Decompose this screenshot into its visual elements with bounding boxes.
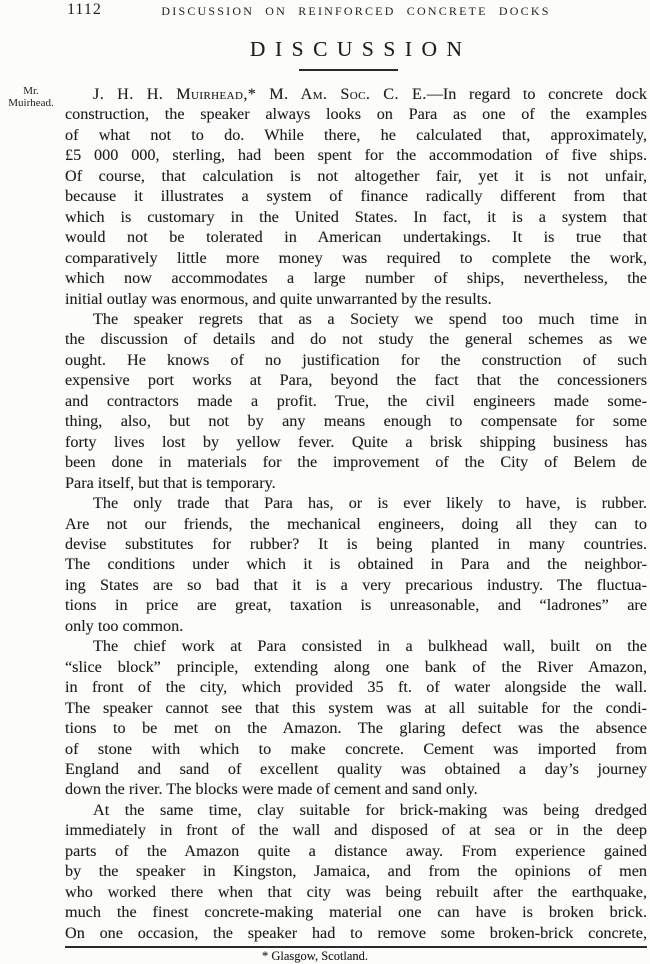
text-line: because it illustrates a system of finan… — [65, 186, 647, 206]
text-line: only too common. — [65, 616, 647, 636]
title-rule — [299, 69, 398, 71]
text-line: down the river. The blocks were made of … — [65, 779, 647, 799]
text-line: who worked there when that city was bein… — [65, 882, 647, 902]
running-head: Discussion on Reinforced Concrete Docks — [65, 4, 647, 19]
text-line: thing, also, but not by any means enough… — [65, 411, 647, 431]
text-line: construction, the speaker always looks o… — [65, 104, 647, 124]
section-title: DISCUSSION — [65, 37, 647, 62]
text-line: and contractors made a profit. True, the… — [65, 391, 647, 411]
text-line: “slice block” principle, extending along… — [65, 657, 647, 677]
document-page: 1112 Discussion on Reinforced Concrete D… — [0, 0, 650, 964]
text-line: would not be tolerated in American under… — [65, 227, 647, 247]
text-line: initial outlay was enormous, and quite u… — [65, 289, 647, 309]
text-line: of stone with which to make concrete. Ce… — [65, 739, 647, 759]
text-line: tions in price are great, taxation is un… — [65, 595, 647, 615]
text-line: Of course, that calculation is not altog… — [65, 166, 647, 186]
footnote: * Glasgow, Scotland. — [65, 949, 565, 964]
text-line: forty lives lost by yellow fever. Quite … — [65, 432, 647, 452]
text-line: £5 000 000, sterling, had been spent for… — [65, 145, 647, 165]
text-line: At the same time, clay suitable for bric… — [65, 800, 647, 820]
margin-note-line1: Mr. — [1, 86, 61, 98]
text-line: parts of the Amazon quite a distance awa… — [65, 841, 647, 861]
text-line: immediately in front of the wall and dis… — [65, 820, 647, 840]
text-line: been done in materials for the improveme… — [65, 452, 647, 472]
text-line: On one occasion, the speaker had to remo… — [65, 923, 647, 943]
text-line: which now accommodates a large number of… — [65, 268, 647, 288]
margin-note-line2: Muirhead. — [1, 98, 61, 110]
text-line: much the finest concrete-making material… — [65, 902, 647, 922]
text-line: of what not to do. While there, he calcu… — [65, 125, 647, 145]
text-line: Para itself, but that is temporary. — [65, 473, 647, 493]
text-line: England and sand of excellent quality wa… — [65, 759, 647, 779]
text-line: the discussion of details and do not stu… — [65, 329, 647, 349]
speaker-intro-rest: —In regard to concrete dock — [427, 85, 647, 103]
page-header: 1112 Discussion on Reinforced Concrete D… — [0, 1, 650, 21]
text-line: The speaker cannot see that this system … — [65, 698, 647, 718]
text-line: by the speaker in Kingston, Jamaica, and… — [65, 861, 647, 881]
text-line: in front of the city, which provided 35 … — [65, 677, 647, 697]
text-line: tions to be met on the Amazon. The glari… — [65, 718, 647, 738]
text-line: The speaker regrets that as a Society we… — [65, 309, 647, 329]
text-line: The chief work at Para consisted in a bu… — [65, 636, 647, 656]
text-line: ought. He knows of no justification for … — [65, 350, 647, 370]
text-line: comparatively little more money was requ… — [65, 248, 647, 268]
text-line: which is customary in the United States.… — [65, 207, 647, 227]
speaker-name: J. H. H. Muirhead,* M. Am. Soc. C. E. — [93, 85, 427, 103]
margin-note-speaker: Mr. Muirhead. — [1, 86, 61, 109]
body-text: J. H. H. Muirhead,* M. Am. Soc. C. E.—In… — [65, 84, 647, 943]
text-line: Are not our friends, the mechanical engi… — [65, 514, 647, 534]
paragraph-lines: construction, the speaker always looks o… — [65, 104, 647, 943]
text-line: The only trade that Para has, or is ever… — [65, 493, 647, 513]
text-line: The conditions under which it is obtaine… — [65, 554, 647, 574]
text-line: ing States are so bad that it is a very … — [65, 575, 647, 595]
footnote-rule — [65, 946, 647, 948]
text-line: expensive port works at Para, beyond the… — [65, 370, 647, 390]
text-line: devise substitutes for rubber? It is bei… — [65, 534, 647, 554]
speaker-intro-line: J. H. H. Muirhead,* M. Am. Soc. C. E.—In… — [65, 84, 647, 104]
